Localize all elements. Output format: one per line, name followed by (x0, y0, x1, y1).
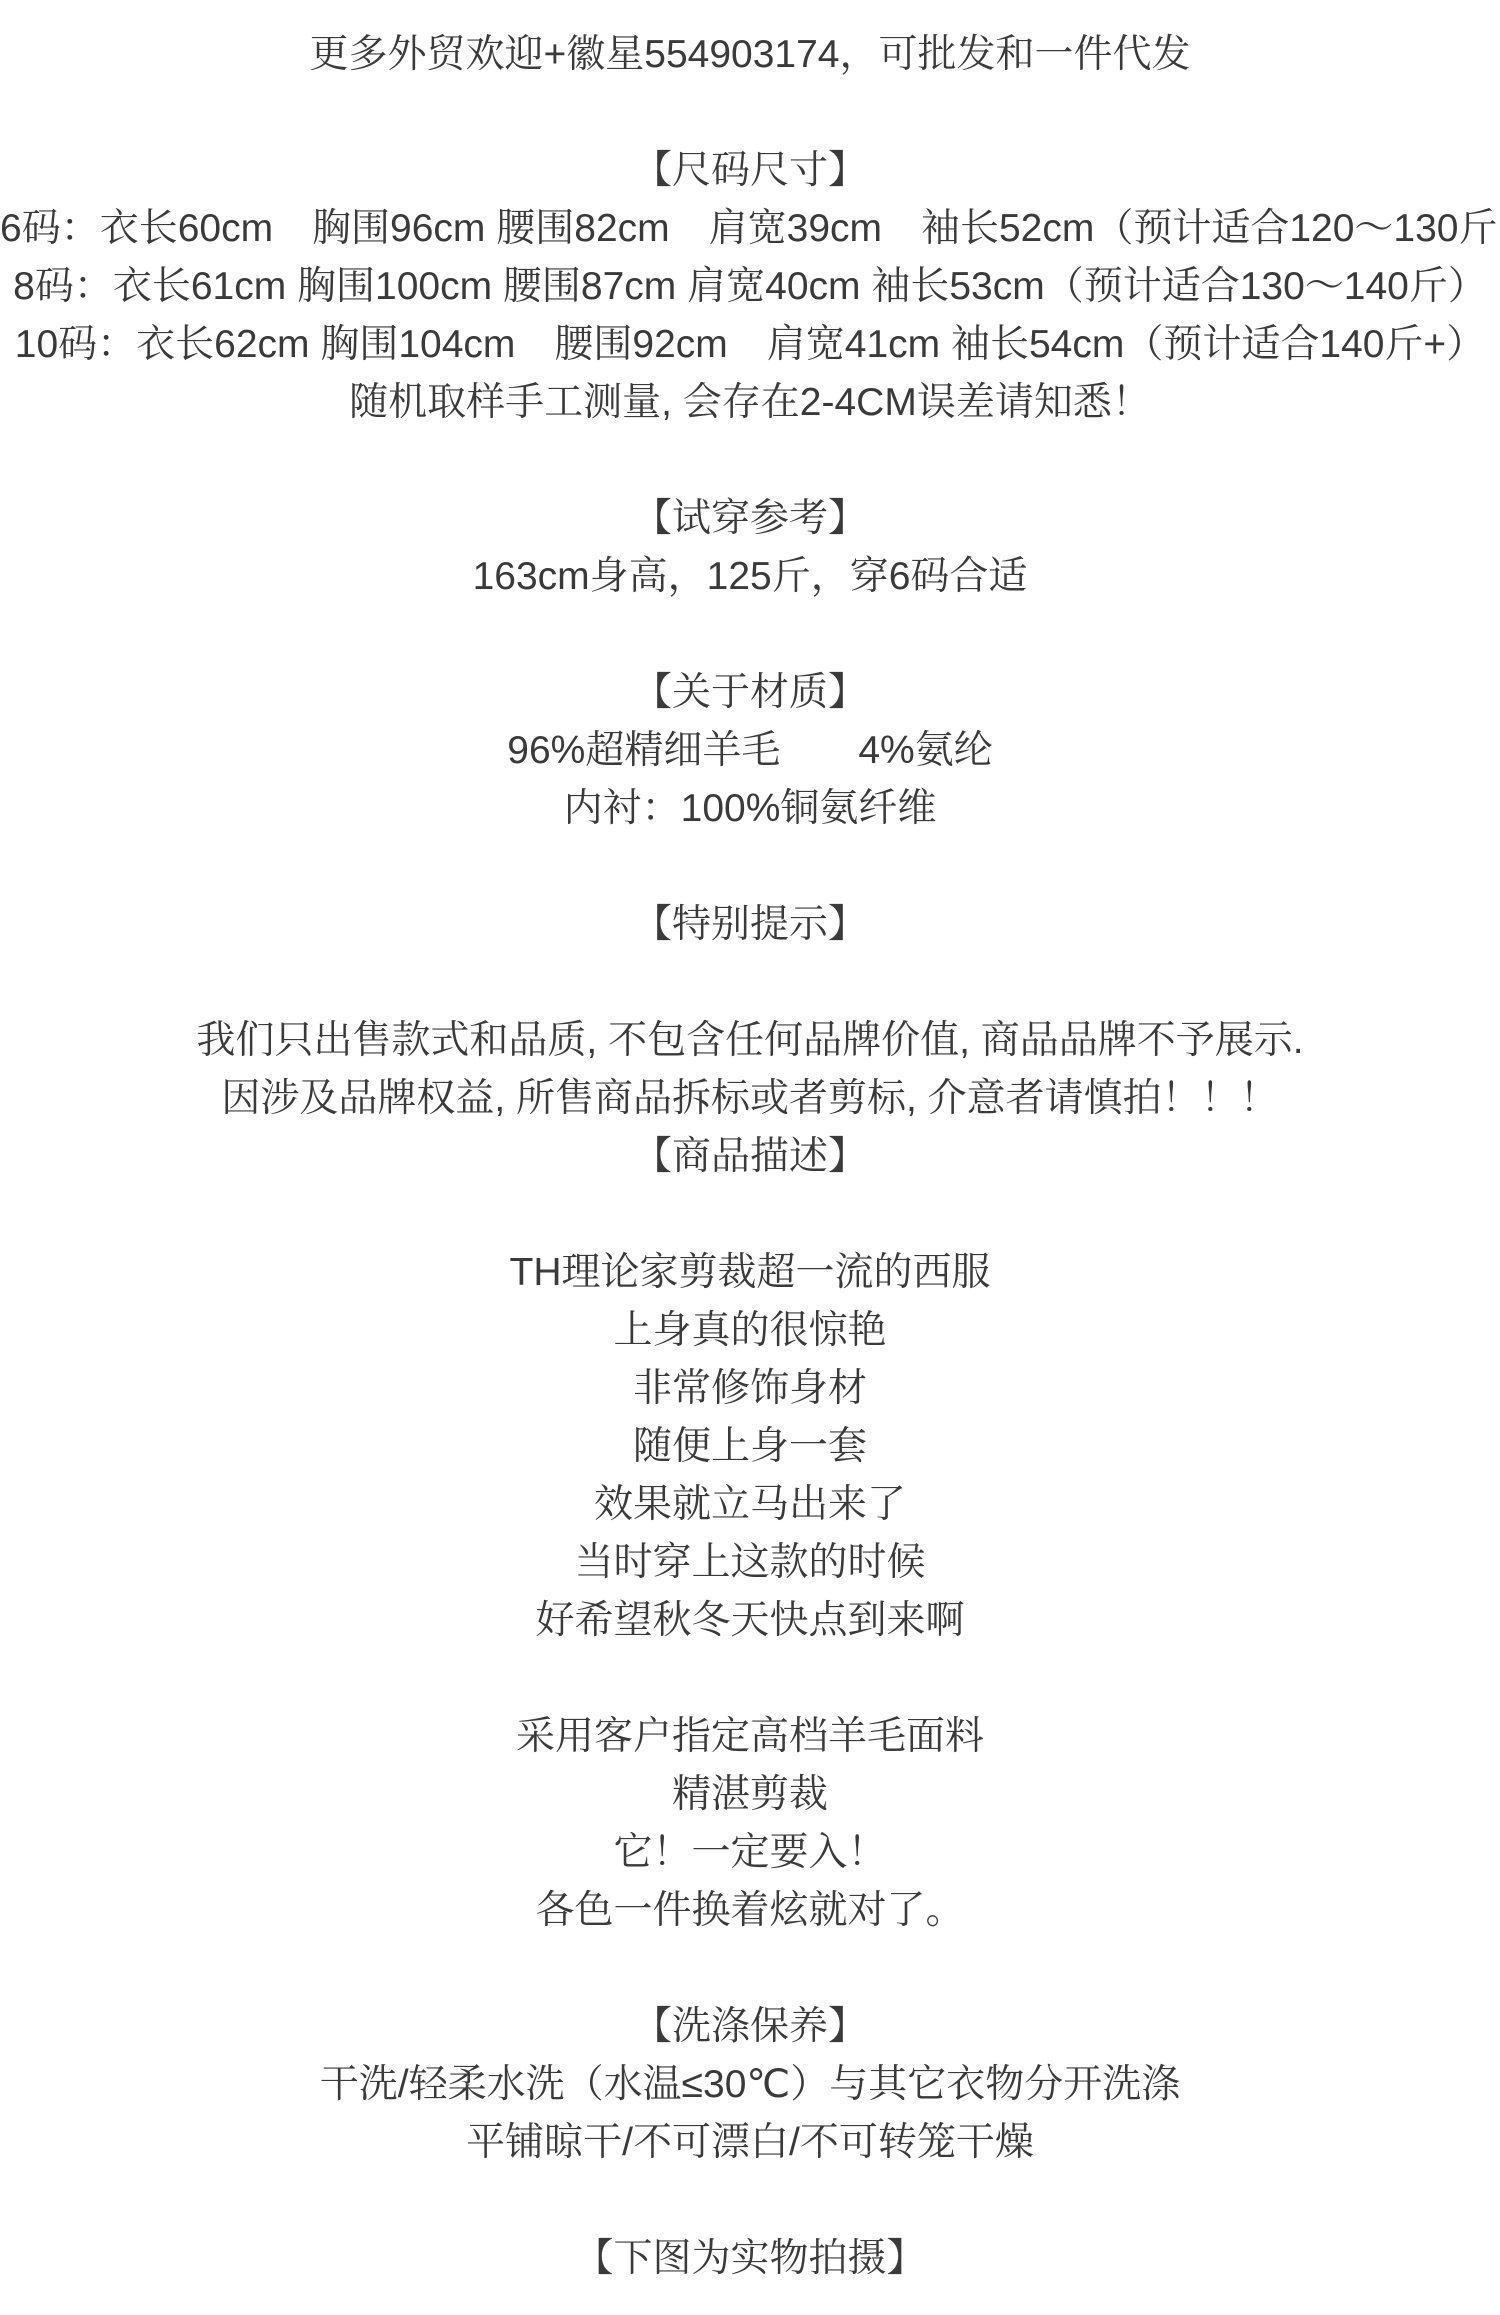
section-spacer (0, 432, 1500, 490)
size-tolerance-note: 随机取样手工测量, 会存在2-4CM误差请知悉！ (0, 374, 1500, 432)
size-row-6: 6码：衣长60cm 胸围96cm 腰围82cm 肩宽39cm 袖长52cm（预计… (0, 200, 1500, 258)
section-spacer (0, 606, 1500, 664)
notice-section-heading: 【特别提示】 (0, 896, 1500, 954)
section-spacer (0, 1940, 1500, 1998)
description-line: 采用客户指定高档羊毛面料 (0, 1708, 1500, 1766)
description-line: 随便上身一套 (0, 1418, 1500, 1476)
section-spacer (0, 1650, 1500, 1708)
material-composition-row: 96%超精细羊毛 4%氨纶 (0, 722, 1500, 780)
section-spacer (0, 954, 1500, 1012)
footer-photo-heading: 【下图为实物拍摄】 (0, 2230, 1500, 2288)
section-spacer (0, 84, 1500, 142)
care-dry-row: 平铺晾干/不可漂白/不可转笼干燥 (0, 2114, 1500, 2172)
size-section: 【尺码尺寸】 6码：衣长60cm 胸围96cm 腰围82cm 肩宽39cm 袖长… (0, 142, 1500, 432)
product-description-section: 【商品描述】 TH理论家剪裁超一流的西服 上身真的很惊艳 非常修饰身材 随便上身… (0, 1128, 1500, 1940)
description-line: 好希望秋冬天快点到来啊 (0, 1592, 1500, 1650)
fit-reference-section: 【试穿参考】 163cm身高，125斤，穿6码合适 (0, 490, 1500, 606)
size-section-heading: 【尺码尺寸】 (0, 142, 1500, 200)
material-section-heading: 【关于材质】 (0, 664, 1500, 722)
description-line: 精湛剪裁 (0, 1766, 1500, 1824)
fit-section-heading: 【试穿参考】 (0, 490, 1500, 548)
description-line: 当时穿上这款的时候 (0, 1534, 1500, 1592)
material-lining-row: 内衬：100%铜氨纤维 (0, 780, 1500, 838)
product-description-page: 更多外贸欢迎+徽星554903174，可批发和一件代发 【尺码尺寸】 6码：衣长… (0, 0, 1500, 2315)
notice-row-label: 因涉及品牌权益, 所售商品拆标或者剪标, 介意者请慎拍！！！ (0, 1070, 1500, 1128)
care-wash-row: 干洗/轻柔水洗（水温≤30℃）与其它衣物分开洗涤 (0, 2056, 1500, 2114)
section-spacer (0, 1186, 1500, 1244)
description-line: 非常修饰身材 (0, 1360, 1500, 1418)
description-line: 上身真的很惊艳 (0, 1302, 1500, 1360)
section-spacer (0, 2172, 1500, 2230)
size-row-10: 10码：衣长62cm 胸围104cm 腰围92cm 肩宽41cm 袖长54cm（… (0, 316, 1500, 374)
notice-row-brand: 我们只出售款式和品质, 不包含任何品牌价值, 商品品牌不予展示. (0, 1012, 1500, 1070)
description-line: TH理论家剪裁超一流的西服 (0, 1244, 1500, 1302)
material-section: 【关于材质】 96%超精细羊毛 4%氨纶 内衬：100%铜氨纤维 (0, 664, 1500, 838)
care-section-heading: 【洗涤保养】 (0, 1998, 1500, 2056)
contact-header-line: 更多外贸欢迎+徽星554903174，可批发和一件代发 (0, 26, 1500, 84)
fit-reference-row: 163cm身高，125斤，穿6码合适 (0, 548, 1500, 606)
description-line: 各色一件换着炫就对了。 (0, 1882, 1500, 1940)
description-line: 它！一定要入！ (0, 1824, 1500, 1882)
section-spacer (0, 838, 1500, 896)
special-notice-section: 【特别提示】 我们只出售款式和品质, 不包含任何品牌价值, 商品品牌不予展示. … (0, 896, 1500, 1128)
description-line: 效果就立马出来了 (0, 1476, 1500, 1534)
care-section: 【洗涤保养】 干洗/轻柔水洗（水温≤30℃）与其它衣物分开洗涤 平铺晾干/不可漂… (0, 1998, 1500, 2172)
size-row-8: 8码：衣长61cm 胸围100cm 腰围87cm 肩宽40cm 袖长53cm（预… (0, 258, 1500, 316)
description-section-heading: 【商品描述】 (0, 1128, 1500, 1186)
